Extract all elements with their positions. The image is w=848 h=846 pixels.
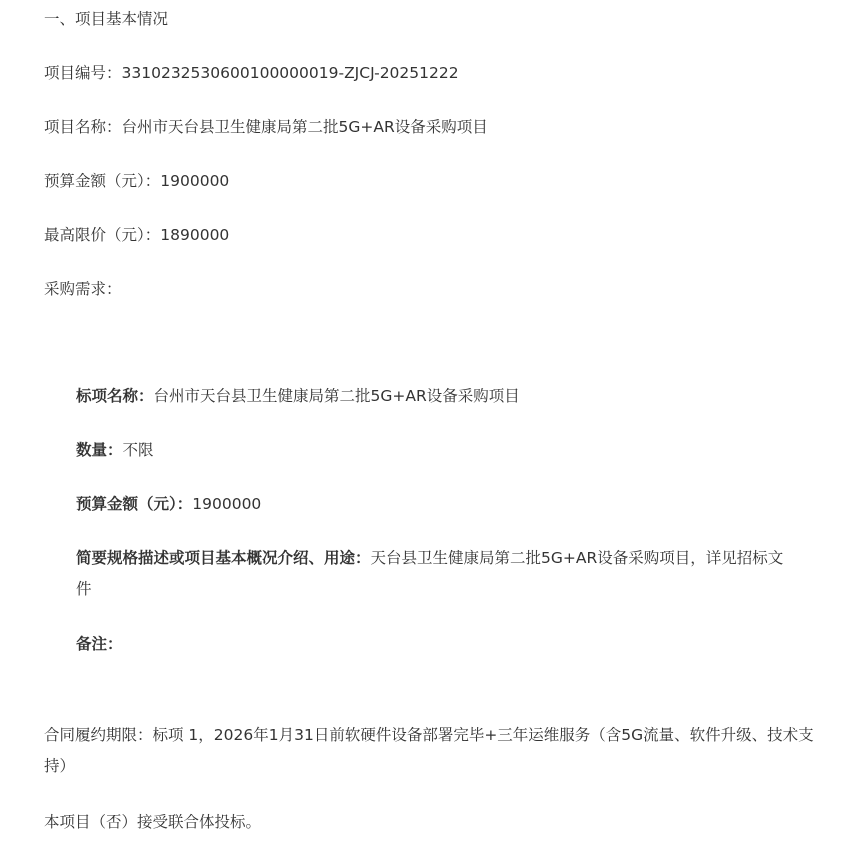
project-name-value: 台州市天台县卫生健康局第二批5G+AR设备采购项目 [122,118,488,136]
lot-description: 简要规格描述或项目基本概况介绍、用途：天台县卫生健康局第二批5G+AR设备采购项… [76,543,796,605]
lot-name-label: 标项名称： [76,387,154,405]
lot-budget-label: 预算金额（元）： [76,495,192,513]
lot-name-value: 台州市天台县卫生健康局第二批5G+AR设备采购项目 [154,387,520,405]
lot-remarks-label: 备注： [76,635,123,653]
contract-term: 合同履约期限：标项 1，2026年1月31日前软硬件设备部署完毕+三年运维服务（… [44,720,820,782]
lot-budget: 预算金额（元）：1900000 [76,489,806,519]
project-max-price: 最高限价（元）：1890000 [44,220,824,250]
consortium-statement: 本项目（否）接受联合体投标。 [44,807,824,837]
lot-description-label: 简要规格描述或项目基本概况介绍、用途： [76,549,371,567]
lot-budget-value: 1900000 [192,495,261,513]
project-max-price-label: 最高限价（元）： [44,226,160,244]
lot-quantity-value: 不限 [123,441,154,459]
procurement-requirements-label: 采购需求： [44,274,824,304]
project-budget-label: 预算金额（元）： [44,172,160,190]
lot-quantity: 数量：不限 [76,435,806,465]
project-name-label: 项目名称： [44,118,122,136]
project-max-price-value: 1890000 [160,226,229,244]
lot-remarks: 备注： [76,629,806,659]
section-heading: 一、项目基本情况 [44,4,824,34]
project-number-value: 3310232530600100000019-ZJCJ-20251222 [122,64,459,82]
project-budget-value: 1900000 [160,172,229,190]
lot-quantity-label: 数量： [76,441,123,459]
lot-name: 标项名称：台州市天台县卫生健康局第二批5G+AR设备采购项目 [76,381,806,411]
project-number: 项目编号：3310232530600100000019-ZJCJ-2025122… [44,58,824,88]
project-name: 项目名称：台州市天台县卫生健康局第二批5G+AR设备采购项目 [44,112,824,142]
project-budget: 预算金额（元）：1900000 [44,166,824,196]
project-number-label: 项目编号： [44,64,122,82]
